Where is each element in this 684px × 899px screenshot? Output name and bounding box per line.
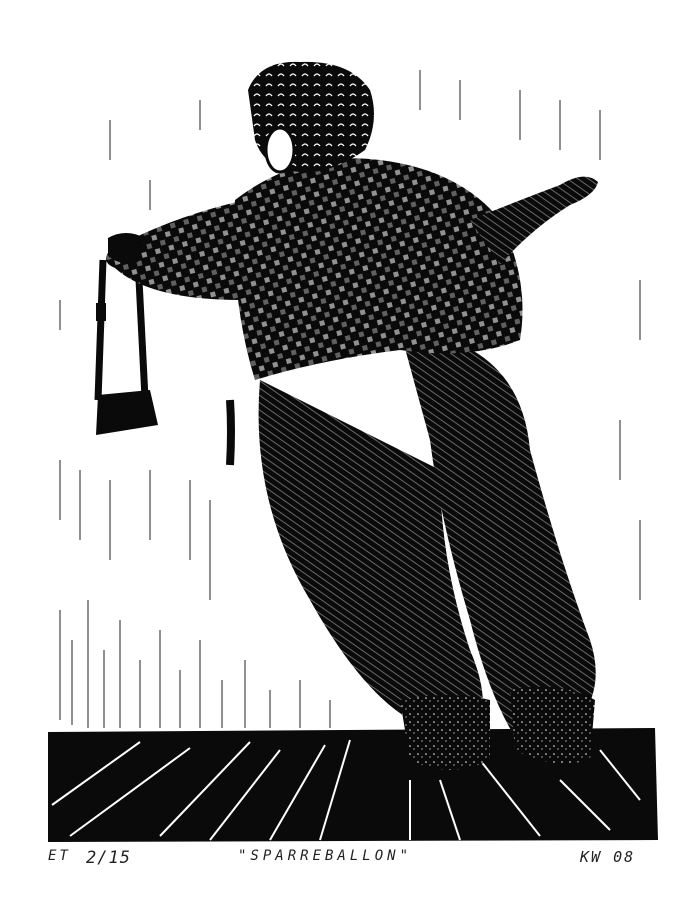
print-title: "SPARREBALLON" [238, 848, 412, 864]
woodcut-print [0, 0, 684, 899]
edition-mark: ET [48, 848, 71, 864]
edition-number: 2/15 [86, 848, 131, 868]
figure [106, 62, 598, 770]
artist-signature: KW 08 [580, 848, 635, 866]
